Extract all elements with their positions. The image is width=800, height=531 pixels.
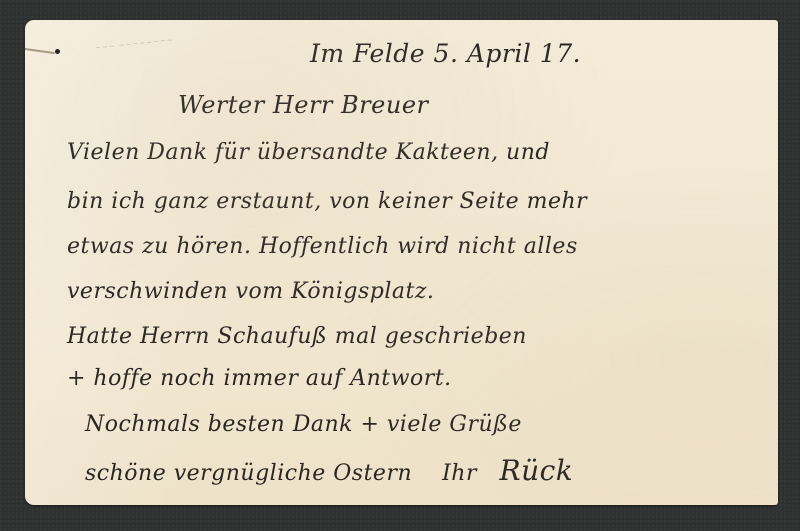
salutation: Werter Herr Breuer xyxy=(178,93,429,117)
body-line: verschwinden vom Königsplatz. xyxy=(67,281,434,303)
closing-wish: schöne vergnügliche Ostern xyxy=(85,461,412,486)
body-line: Nochmals besten Dank + viele Grüße xyxy=(85,414,522,436)
punch-hole-tear xyxy=(25,45,61,55)
date-line: Im Felde 5. April 17. xyxy=(310,41,581,66)
faint-postmark: ~~~ ~~~~~~~~ xyxy=(95,36,174,52)
signature: Rück xyxy=(499,454,573,487)
body-line: bin ich ganz erstaunt, von keiner Seite … xyxy=(67,191,587,213)
closing-word: Ihr xyxy=(442,461,477,486)
punch-hole xyxy=(55,49,60,54)
paper-tear xyxy=(25,48,55,54)
closing-line: schöne vergnügliche Ostern Ihr Rück xyxy=(85,457,573,485)
body-line: Hatte Herrn Schaufuß mal geschrieben xyxy=(67,326,527,348)
postcard: ~~~ ~~~~~~~~ Im Felde 5. April 17. Werte… xyxy=(25,20,778,505)
body-line: Vielen Dank für übersandte Kakteen, und xyxy=(67,142,550,164)
body-line: + hoffe noch immer auf Antwort. xyxy=(67,368,452,390)
body-line: etwas zu hören. Hoffentlich wird nicht a… xyxy=(67,236,578,258)
